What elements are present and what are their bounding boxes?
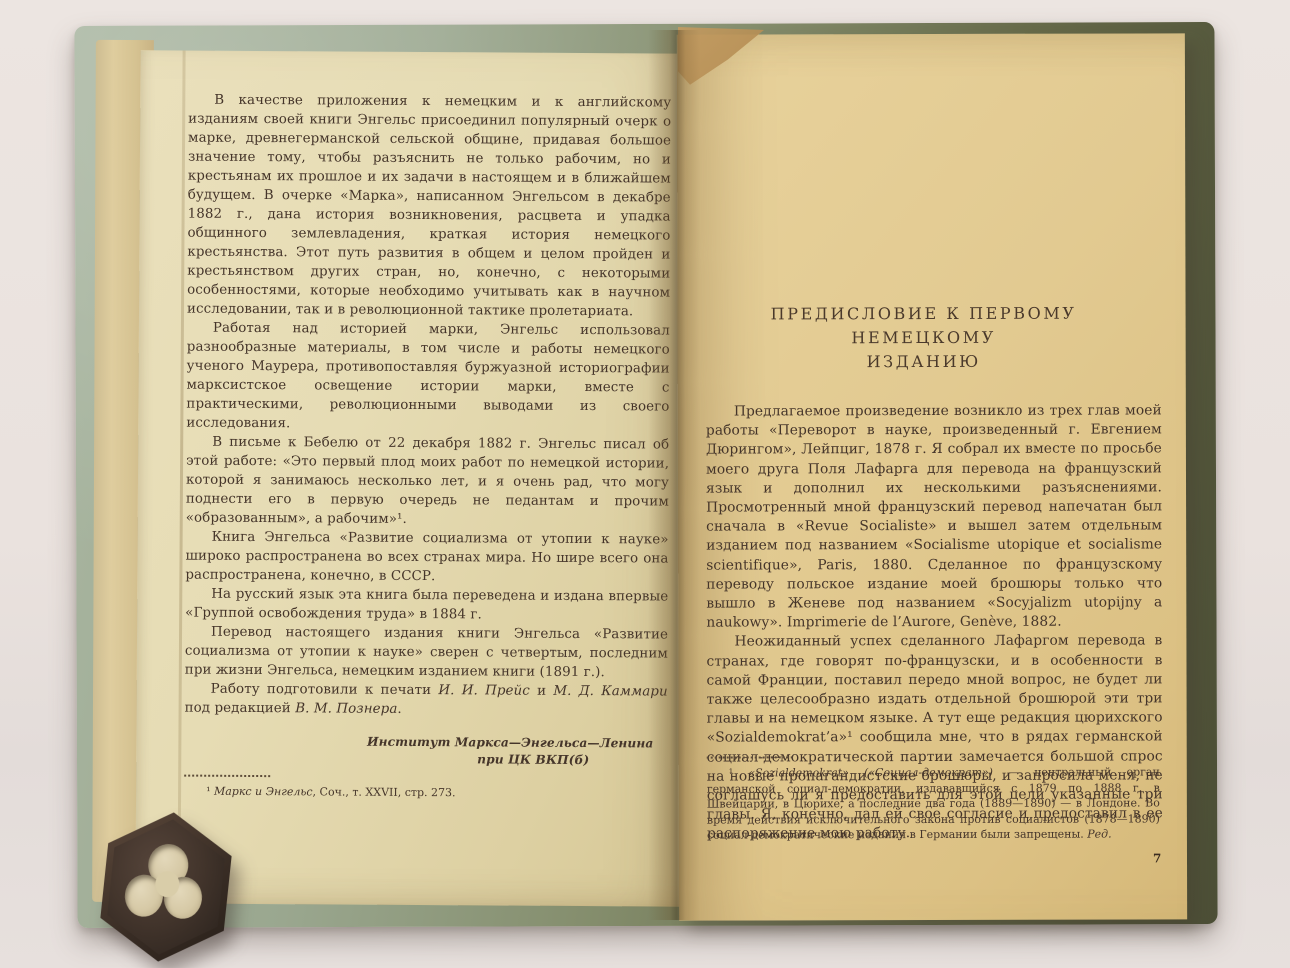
die-nut-hole [122,840,210,932]
staff-and: и [530,684,554,699]
paragraph: В качестве приложения к немецким и к анг… [187,91,671,322]
right-footnote: ¹ «Sozialdemokrat» («Социал-демократ») —… [707,755,1160,843]
footnote-text: ¹ «Sozialdemokrat» («Социал-демократ») —… [707,764,1160,843]
left-page: В качестве приложения к немецким и к анг… [135,50,700,906]
paragraph: На русский язык эта книга была переведен… [185,585,668,626]
paragraph: Перевод настоящего издания книги Энгельс… [185,623,668,683]
staff-prefix: Работу подготовили к печати [211,682,439,698]
heading-line: ПРЕДИСЛОВИЕ К ПЕРВОМУ НЕМЕЦКОМУ [706,301,1142,350]
left-page-text: В качестве приложения к немецким и к анг… [184,91,671,769]
paragraph: Работая над историей марки, Энгельс испо… [186,319,670,436]
footnote-ed: Ред. [1087,828,1111,841]
book-photo: В качестве приложения к немецким и к анг… [0,0,1290,968]
right-page: ПРЕДИСЛОВИЕ К ПЕРВОМУ НЕМЕЦКОМУ ИЗДАНИЮ … [677,33,1187,920]
staff-name: И. И. Прейс [438,683,530,699]
page-number: 7 [1153,851,1161,865]
paragraph: Предлагаемое произведение возникло из тр… [706,401,1163,633]
footnote-names: Маркс и Энгельс [214,785,313,799]
paragraph-staff: Работу подготовили к печати И. И. Прейс … [185,680,668,721]
footnote-marker: ¹ [206,785,214,798]
institute-signature: Институт Маркса—Энгельса—Ленина при ЦК В… [184,733,667,769]
footnote-marker: ¹ [729,766,749,779]
paragraph: Книга Энгельса «Развитие социализма от у… [185,528,668,588]
staff-end: . [397,702,401,717]
paragraph: В письме к Бебелю от 22 декабря 1882 г. … [186,433,670,531]
preface-heading: ПРЕДИСЛОВИЕ К ПЕРВОМУ НЕМЕЦКОМУ ИЗДАНИЮ [706,301,1142,374]
staff-mid: под редакцией [185,701,296,717]
footnote-separator [184,775,270,778]
left-footnote: ¹ Маркс и Энгельс, Соч., т. XXVII, стр. … [184,775,667,802]
heading-line: ИЗДАНИЮ [706,349,1142,374]
footnote-text: ¹ Маркс и Энгельс, Соч., т. XXVII, стр. … [184,784,667,802]
footnote-term: «Sozialdemokrat» («Социал-демократ») [748,766,993,780]
page-gutter [648,30,700,920]
footnote-rest: , Соч., т. XXVII, стр. 273. [313,785,456,799]
footnote-separator [707,756,793,758]
staff-name: В. М. Познера [295,701,397,717]
die-nut [93,806,240,968]
signature-line: при ЦК ВКП(б) [184,749,653,768]
